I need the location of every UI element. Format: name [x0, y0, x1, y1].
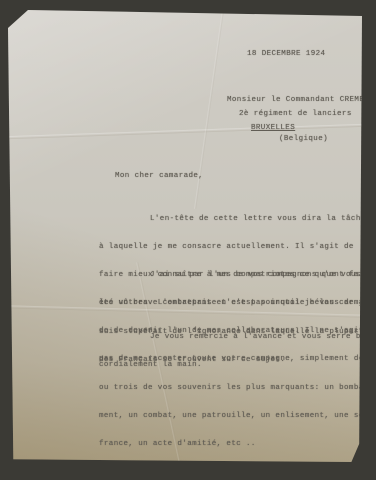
recipient-city: BRUXELLES [251, 124, 295, 133]
letter-date: 18 DECEMBRE 1924 [247, 50, 325, 59]
salutation: Mon cher camarade, [115, 172, 203, 181]
paragraph-line: L'en-tête de cette lettre vous dira la t… [99, 215, 365, 224]
paragraph-line: J'ai su par l'un de vos compagnons que v… [99, 271, 365, 280]
recipient-name: Monsieur le Commandant CREMER [227, 96, 369, 105]
recipient-country: (Belgique) [279, 135, 328, 144]
closing-line: Je vous remercie à l'avance et vous serr… [99, 333, 365, 342]
paragraph-line: été un brave combattant et c'est pourquo… [99, 299, 365, 308]
scanned-letter: 18 DECEMBRE 1924 Monsieur le Commandant … [0, 0, 376, 480]
letter-paper: 18 DECEMBRE 1924 Monsieur le Commandant … [8, 10, 362, 462]
paragraph-line: france, un acte d'amitié, etc .. [99, 440, 365, 449]
recipient-regiment: 2è régiment de lanciers [239, 110, 352, 119]
closing-line: cordialement la main. [99, 361, 365, 370]
closing: Je vous remercie à l'avance et vous serr… [99, 314, 365, 389]
paragraph-line: ment, un combat, une patrouille, un enli… [99, 412, 365, 421]
